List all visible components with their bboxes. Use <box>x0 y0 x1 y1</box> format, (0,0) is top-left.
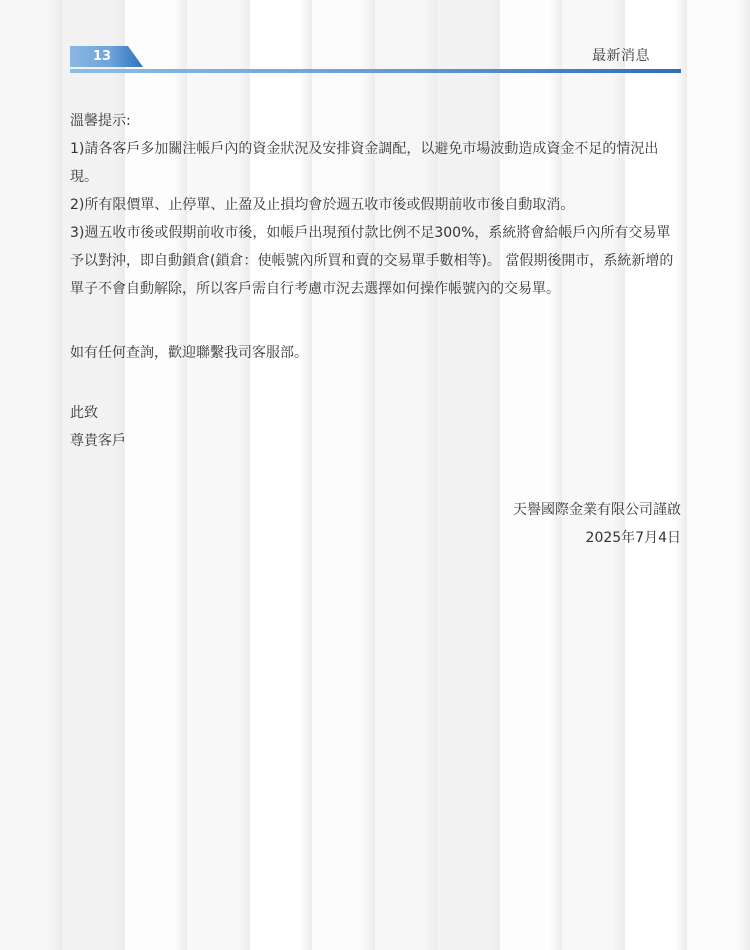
signoff-block: 天譽國際金業有限公司謹啟 2025年7月4日 <box>513 496 681 552</box>
issue-date: 2025年7月4日 <box>513 524 681 552</box>
header-divider <box>70 69 681 73</box>
page-number: 13 <box>70 46 134 67</box>
salutation-line-1: 此致 <box>70 399 682 427</box>
contact-line: 如有任何查詢，歡迎聯繫我司客服部。 <box>70 339 682 367</box>
notice-item-1: 1)請各客戶多加關注帳戶內的資金狀況及安排資金調配，以避免市場波動造成資金不足的… <box>70 135 682 191</box>
notice-body: 溫馨提示: 1)請各客戶多加關注帳戶內的資金狀況及安排資金調配，以避免市場波動造… <box>70 107 682 455</box>
document-page: 13 最新消息 溫馨提示: 1)請各客戶多加關注帳戶內的資金狀況及安排資金調配，… <box>0 0 750 950</box>
notice-item-3: 3)週五收市後或假期前收市後，如帳戶出現預付款比例不足300%，系統將會給帳戶內… <box>70 219 682 303</box>
company-signature: 天譽國際金業有限公司謹啟 <box>513 496 681 524</box>
notice-heading: 溫馨提示: <box>70 107 682 135</box>
salutation-line-2: 尊貴客戶 <box>70 427 682 455</box>
notice-item-2: 2)所有限價單、止停單、止盈及止損均會於週五收市後或假期前收市後自動取消。 <box>70 191 682 219</box>
section-title: 最新消息 <box>592 45 650 65</box>
